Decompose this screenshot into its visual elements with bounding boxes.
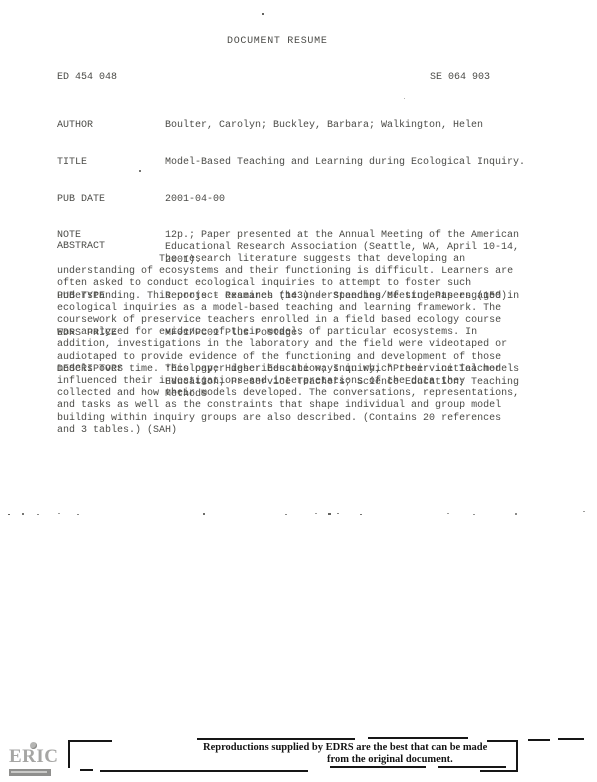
field-value: Model-Based Teaching and Learning during…: [165, 157, 525, 169]
scan-noise-dot: [262, 13, 264, 15]
scan-noise-dot: [447, 513, 449, 514]
scan-noise-dot: [285, 514, 287, 515]
page-title: DOCUMENT RESUME: [227, 36, 328, 48]
scan-noise-dot: [77, 514, 79, 515]
scan-noise-dot: [58, 513, 60, 514]
eric-logo-text: ERIC: [9, 748, 59, 766]
field-row-title: TITLE Model-Based Teaching and Learning …: [57, 157, 547, 169]
edrs-box-border-segment: [480, 770, 518, 772]
edrs-box-border-segment: [80, 769, 93, 771]
field-row-author: AUTHOR Boulter, Carolyn; Buckley, Barbar…: [57, 120, 547, 132]
scan-noise-dot: [360, 514, 362, 515]
id-row: ED 454 048 SE 064 903: [0, 72, 597, 85]
eric-logo-banner-text: [11, 771, 47, 773]
field-label: AUTHOR: [57, 120, 165, 132]
eric-logo-banner: [9, 769, 51, 776]
edrs-box-border-segment: [68, 740, 112, 742]
field-label: TITLE: [57, 157, 165, 169]
edrs-box-border-segment: [68, 740, 70, 768]
scan-noise-dot: [8, 514, 10, 515]
scan-noise-dot: [473, 514, 475, 515]
scan-noise-dot: [404, 98, 405, 99]
scan-noise-dot: [515, 513, 517, 515]
edrs-box-underline: [330, 766, 426, 768]
scan-noise-dot: [37, 514, 39, 515]
document-resume-page: DOCUMENT RESUME ED 454 048 SE 064 903 AU…: [0, 0, 597, 782]
scan-noise-dot: [139, 170, 141, 172]
edrs-box-border-segment: [516, 740, 518, 772]
edrs-notice-line2: from the original document.: [327, 754, 453, 765]
edrs-box-border-segment: [197, 738, 355, 740]
clearinghouse-number: SE 064 903: [430, 72, 490, 84]
scan-noise-dot: [328, 513, 331, 515]
abstract-label: ABSTRACT: [57, 241, 105, 253]
edrs-box-border-segment: [100, 770, 308, 772]
scan-noise-dot: [203, 513, 205, 515]
edrs-box-border-segment: [368, 737, 468, 739]
field-value: Boulter, Carolyn; Buckley, Barbara; Walk…: [165, 120, 483, 132]
field-label: PUB DATE: [57, 194, 165, 206]
scan-noise-dot: [337, 513, 339, 514]
scan-noise-dot: [583, 511, 585, 512]
edrs-notice-line1: Reproductions supplied by EDRS are the b…: [203, 742, 487, 753]
edrs-box-border-segment: [487, 740, 518, 742]
eric-logo: ERIC: [9, 742, 53, 782]
field-row-pub-date: PUB DATE 2001-04-00: [57, 194, 547, 206]
ed-number: ED 454 048: [57, 72, 117, 84]
abstract-text: The research literature suggests that de…: [57, 254, 519, 437]
scan-noise-dot: [22, 513, 24, 515]
scan-noise-dot: [315, 513, 317, 514]
edrs-box-border-segment: [558, 738, 584, 740]
edrs-box-border-segment: [528, 739, 550, 741]
field-value: 2001-04-00: [165, 194, 225, 206]
edrs-box-border-segment: [438, 766, 506, 768]
